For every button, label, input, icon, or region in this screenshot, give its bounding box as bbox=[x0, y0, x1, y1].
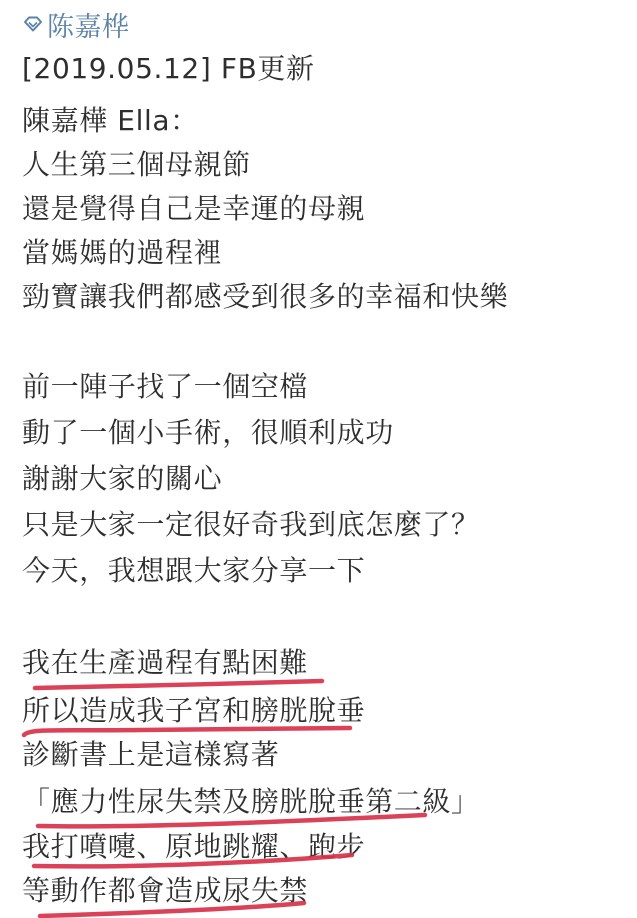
post-line: 陳嘉樺 Ella： bbox=[22, 103, 199, 139]
post-line: 診斷書上是這樣寫著 bbox=[22, 737, 279, 773]
post-line-highlighted: 我在生產過程有點困難 bbox=[22, 645, 308, 681]
diamond-icon bbox=[22, 15, 44, 33]
post-line-highlighted: 我打噴嚏、原地跳耀、跑步 bbox=[22, 829, 365, 865]
underline-stroke bbox=[24, 728, 350, 735]
post-line: 人生第三個母親節 bbox=[22, 147, 251, 183]
underline-stroke bbox=[35, 681, 322, 688]
post-date-line: [2019.05.12] FB更新 bbox=[22, 51, 315, 87]
post-line: 前一陣子找了一個空檔 bbox=[22, 369, 308, 405]
post-line-highlighted: 等動作都會造成尿失禁 bbox=[22, 873, 308, 909]
post-line: 動了一個小手術，很順利成功 bbox=[22, 415, 394, 451]
post-author[interactable]: 陈嘉桦 bbox=[22, 6, 130, 42]
post-line: 勁寶讓我們都感受到很多的幸福和快樂 bbox=[22, 279, 508, 315]
post-line: 謝謝大家的關心 bbox=[22, 461, 222, 497]
post-line: 還是覺得自己是幸運的母親 bbox=[22, 191, 365, 227]
post-line: 當媽媽的過程裡 bbox=[22, 235, 222, 271]
post-line-highlighted: 所以造成我子宮和膀胱脫垂 bbox=[22, 693, 365, 729]
author-name: 陈嘉桦 bbox=[47, 5, 130, 44]
post-line: 只是大家一定很好奇我到底怎麼了？ bbox=[22, 507, 480, 543]
post-line: 今天，我想跟大家分享一下 bbox=[22, 553, 365, 589]
post-line-highlighted: 「應力性尿失禁及膀胱脫垂第二級」 bbox=[22, 784, 480, 820]
